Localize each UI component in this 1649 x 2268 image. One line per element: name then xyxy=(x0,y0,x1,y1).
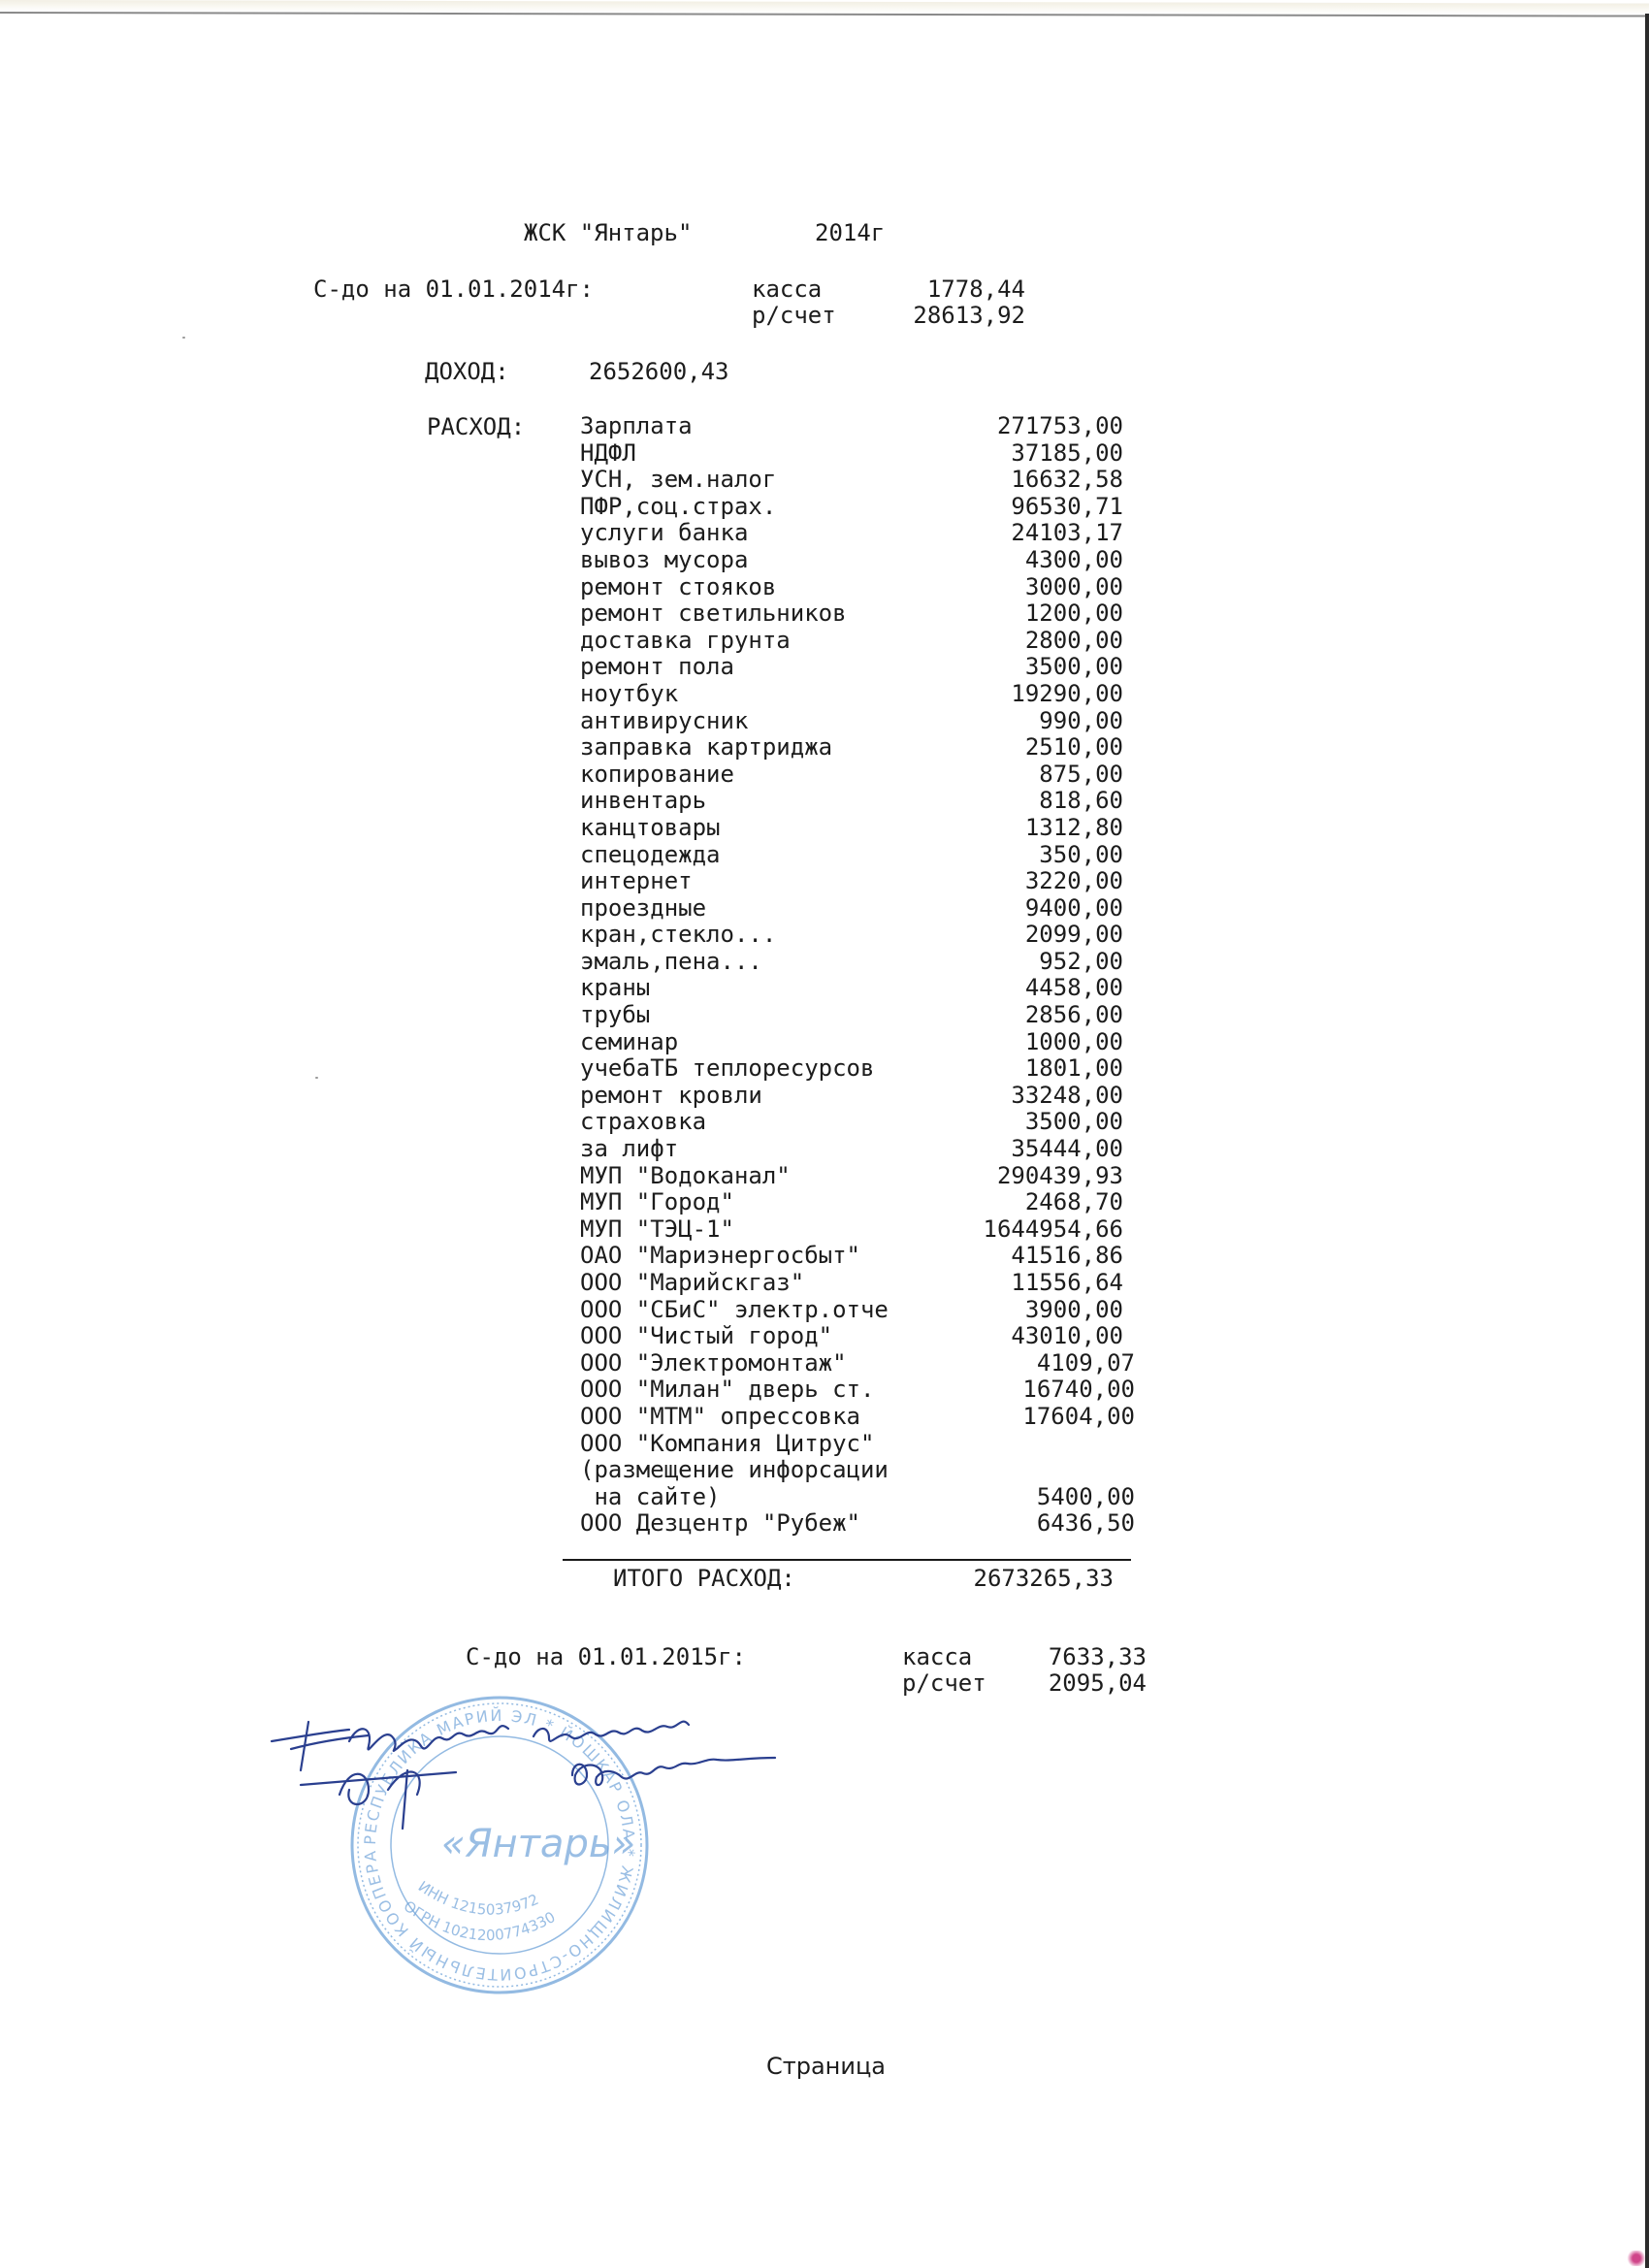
expense-amount: 3500,00 xyxy=(1025,1109,1123,1136)
expense-row: на сайте)5400,00 xyxy=(580,1484,1123,1511)
expense-row: интернет3220,00 xyxy=(580,868,1123,895)
expense-amount: 1644954,66 xyxy=(984,1216,1124,1244)
expense-name: Зарплата xyxy=(580,413,693,440)
expense-name: ООО "Чистый город" xyxy=(580,1323,832,1350)
expense-name: ремонт кровли xyxy=(580,1083,762,1110)
expense-amount: 4300,00 xyxy=(1025,547,1123,574)
scan-speck xyxy=(182,337,185,339)
expense-row: проездные9400,00 xyxy=(580,895,1123,923)
expense-amount: 19290,00 xyxy=(1011,681,1123,708)
income-value: 2652600,43 xyxy=(589,358,729,385)
expense-row: ООО "МТМ" опрессовка17604,00 xyxy=(580,1404,1123,1431)
opening-cash-label: касса xyxy=(752,275,822,303)
expense-row: ремонт стояков3000,00 xyxy=(580,574,1123,601)
expense-name: семинар xyxy=(580,1029,678,1056)
closing-account-label: р/счет xyxy=(902,1669,986,1697)
expense-name: учебаТБ теплоресурсов xyxy=(580,1055,874,1083)
opening-balance-values: касса 1778,44 р/счет 28613,92 xyxy=(752,275,1025,330)
expense-amount: 2856,00 xyxy=(1025,1002,1123,1029)
report-year: 2014г xyxy=(815,219,885,246)
total-divider xyxy=(563,1559,1131,1561)
expense-name: кран,стекло... xyxy=(580,922,776,949)
expense-row: МУП "ТЭЦ-1"1644954,66 xyxy=(580,1216,1123,1244)
expense-name: антивирусник xyxy=(580,708,748,735)
expense-amount: 271753,00 xyxy=(997,413,1123,440)
closing-cash-label: касса xyxy=(902,1643,972,1670)
expense-name: за лифт xyxy=(580,1136,678,1163)
expense-name: ООО "Марийскгаз" xyxy=(580,1270,804,1297)
expense-name: вывоз мусора xyxy=(580,547,748,574)
expense-amount: 2510,00 xyxy=(1025,734,1123,761)
expense-row: ООО Дезцентр "Рубеж"6436,50 xyxy=(580,1510,1123,1538)
expense-amount: 16632,58 xyxy=(1011,467,1123,494)
expense-name: услуги банка xyxy=(580,520,748,547)
expense-amount: 2468,70 xyxy=(1025,1189,1123,1216)
expense-amount: 875,00 xyxy=(1039,761,1123,789)
expense-amount: 3000,00 xyxy=(1025,574,1123,601)
expense-row: МУП "Город"2468,70 xyxy=(580,1189,1123,1216)
expense-amount: 33248,00 xyxy=(1011,1083,1123,1110)
expense-name: ООО "МТМ" опрессовка xyxy=(580,1404,860,1431)
expense-name: ремонт стояков xyxy=(580,574,776,601)
expense-name: МУП "Водоканал" xyxy=(580,1163,791,1190)
expense-name: ремонт пола xyxy=(580,654,734,681)
closing-balance-label: С-до на 01.01.2015г: xyxy=(466,1643,746,1670)
expense-amount: 17604,00 xyxy=(1022,1404,1135,1431)
expense-amount: 2099,00 xyxy=(1025,922,1123,949)
expense-amount: 1801,00 xyxy=(1025,1055,1123,1083)
expense-row: МУП "Водоканал"290439,93 xyxy=(580,1163,1123,1190)
expense-row: Зарплата271753,00 xyxy=(580,413,1123,440)
expense-name: МУП "Город" xyxy=(580,1189,734,1216)
expense-amount: 2800,00 xyxy=(1025,628,1123,655)
expense-name: УСН, зем.налог xyxy=(580,467,776,494)
expense-amount: 16740,00 xyxy=(1022,1377,1135,1404)
expense-name: ООО "СБиС" электр.отче xyxy=(580,1297,889,1324)
expense-list: Зарплата271753,00НДФЛ37185,00УСН, зем.на… xyxy=(580,413,1123,1538)
expense-amount: 9400,00 xyxy=(1025,895,1123,923)
expense-row: кран,стекло...2099,00 xyxy=(580,922,1123,949)
expense-name: ООО "Компания Цитрус" xyxy=(580,1431,874,1458)
expense-name: проездные xyxy=(580,895,706,923)
expense-name: краны xyxy=(580,975,650,1002)
expense-name: доставка грунта xyxy=(580,628,791,655)
expense-row: за лифт35444,00 xyxy=(580,1136,1123,1163)
expense-row: УСН, зем.налог16632,58 xyxy=(580,467,1123,494)
opening-cash-value: 1778,44 xyxy=(927,275,1025,303)
handwritten-signature xyxy=(262,1702,815,1848)
expense-row: ООО "Милан" дверь ст.16740,00 xyxy=(580,1377,1123,1404)
expense-name: интернет xyxy=(580,868,693,895)
expense-amount: 24103,17 xyxy=(1011,520,1123,547)
scan-ink-mark xyxy=(1626,2251,1647,2266)
expense-amount: 11556,64 xyxy=(1011,1270,1123,1297)
expenses-label: РАСХОД: xyxy=(427,413,525,440)
expense-row: страховка3500,00 xyxy=(580,1109,1123,1136)
expense-amount: 1312,80 xyxy=(1025,815,1123,842)
expense-amount: 952,00 xyxy=(1039,949,1123,976)
expense-amount: 5400,00 xyxy=(1037,1484,1135,1511)
expense-name: ООО "Электромонтаж" xyxy=(580,1350,847,1377)
opening-account-value: 28613,92 xyxy=(913,302,1025,329)
expense-row: ремонт светильников1200,00 xyxy=(580,600,1123,628)
expense-name: трубы xyxy=(580,1002,650,1029)
expense-amount: 37185,00 xyxy=(1011,440,1123,468)
expense-name: эмаль,пена... xyxy=(580,949,762,976)
expense-row: учебаТБ теплоресурсов1801,00 xyxy=(580,1055,1123,1083)
expense-name: ремонт светильников xyxy=(580,600,847,628)
total-expenses-label: ИТОГО РАСХОД: xyxy=(613,1565,795,1592)
opening-account-label: р/счет xyxy=(752,302,836,329)
expense-row: (размещение инфорсации xyxy=(580,1457,1123,1484)
expense-row: ремонт пола3500,00 xyxy=(580,654,1123,681)
expense-name: ООО Дезцентр "Рубеж" xyxy=(580,1510,860,1538)
expense-row: ноутбук19290,00 xyxy=(580,681,1123,708)
expense-name: ПФР,соц.страх. xyxy=(580,494,776,521)
expense-amount: 350,00 xyxy=(1039,842,1123,869)
expense-name: на сайте) xyxy=(580,1484,721,1511)
expense-row: трубы2856,00 xyxy=(580,1002,1123,1029)
expense-row: антивирусник990,00 xyxy=(580,708,1123,735)
expense-amount: 818,60 xyxy=(1039,788,1123,815)
scan-edge-right xyxy=(1645,14,1649,2268)
closing-account-value: 2095,04 xyxy=(1049,1669,1147,1697)
expense-name: (размещение инфорсации xyxy=(580,1457,889,1484)
expense-amount: 4458,00 xyxy=(1025,975,1123,1002)
expense-name: ОАО "Мариэнергосбыт" xyxy=(580,1243,860,1270)
expense-name: спецодежда xyxy=(580,842,721,869)
expense-amount: 96530,71 xyxy=(1011,494,1123,521)
expense-amount: 43010,00 xyxy=(1011,1323,1123,1350)
scan-edge-top xyxy=(0,0,1649,17)
page-footer: Страница xyxy=(766,2053,886,2080)
expense-name: МУП "ТЭЦ-1" xyxy=(580,1216,734,1244)
expense-name: заправка картриджа xyxy=(580,734,832,761)
expense-row: эмаль,пена...952,00 xyxy=(580,949,1123,976)
expense-row: заправка картриджа2510,00 xyxy=(580,734,1123,761)
expense-row: копирование875,00 xyxy=(580,761,1123,789)
expense-amount: 41516,86 xyxy=(1011,1243,1123,1270)
expense-row: ООО "Марийскгаз"11556,64 xyxy=(580,1270,1123,1297)
expense-name: канцтовары xyxy=(580,815,721,842)
expense-amount: 6436,50 xyxy=(1037,1510,1135,1538)
expense-name: инвентарь xyxy=(580,788,706,815)
expense-row: ООО "Компания Цитрус" xyxy=(580,1431,1123,1458)
expense-row: вывоз мусора4300,00 xyxy=(580,547,1123,574)
expense-amount: 990,00 xyxy=(1039,708,1123,735)
expense-amount: 3500,00 xyxy=(1025,654,1123,681)
opening-balance-label: С-до на 01.01.2014г: xyxy=(313,275,594,303)
scan-speck xyxy=(315,1077,318,1079)
expense-name: страховка xyxy=(580,1109,706,1136)
expense-row: доставка грунта2800,00 xyxy=(580,628,1123,655)
expense-row: ОАО "Мариэнергосбыт"41516,86 xyxy=(580,1243,1123,1270)
expense-row: спецодежда350,00 xyxy=(580,842,1123,869)
expense-name: ноутбук xyxy=(580,681,678,708)
expense-name: НДФЛ xyxy=(580,440,636,468)
expense-amount: 1000,00 xyxy=(1025,1029,1123,1056)
expense-amount: 3900,00 xyxy=(1025,1297,1123,1324)
expense-row: ООО "Электромонтаж"4109,07 xyxy=(580,1350,1123,1377)
expense-amount: 3220,00 xyxy=(1025,868,1123,895)
expense-row: ПФР,соц.страх.96530,71 xyxy=(580,494,1123,521)
expense-row: инвентарь818,60 xyxy=(580,788,1123,815)
expense-name: копирование xyxy=(580,761,734,789)
expense-row: семинар1000,00 xyxy=(580,1029,1123,1056)
closing-cash-value: 7633,33 xyxy=(1049,1643,1147,1670)
expense-row: ремонт кровли33248,00 xyxy=(580,1083,1123,1110)
expense-row: краны4458,00 xyxy=(580,975,1123,1002)
income-label: ДОХОД: xyxy=(425,358,509,385)
expense-amount: 35444,00 xyxy=(1011,1136,1123,1163)
expense-row: ООО "СБиС" электр.отче3900,00 xyxy=(580,1297,1123,1324)
expense-row: НДФЛ37185,00 xyxy=(580,440,1123,468)
expense-row: ООО "Чистый город"43010,00 xyxy=(580,1323,1123,1350)
org-title: ЖСК "Янтарь" xyxy=(524,219,692,246)
closing-balance-values: касса 7633,33 р/счет 2095,04 xyxy=(902,1643,1147,1698)
expense-amount: 290439,93 xyxy=(997,1163,1123,1190)
total-expenses-value: 2673265,33 xyxy=(951,1565,1114,1592)
expense-row: канцтовары1312,80 xyxy=(580,815,1123,842)
expense-row: услуги банка24103,17 xyxy=(580,520,1123,547)
expense-name: ООО "Милан" дверь ст. xyxy=(580,1377,874,1404)
expense-amount: 4109,07 xyxy=(1037,1350,1135,1377)
expense-amount: 1200,00 xyxy=(1025,600,1123,628)
